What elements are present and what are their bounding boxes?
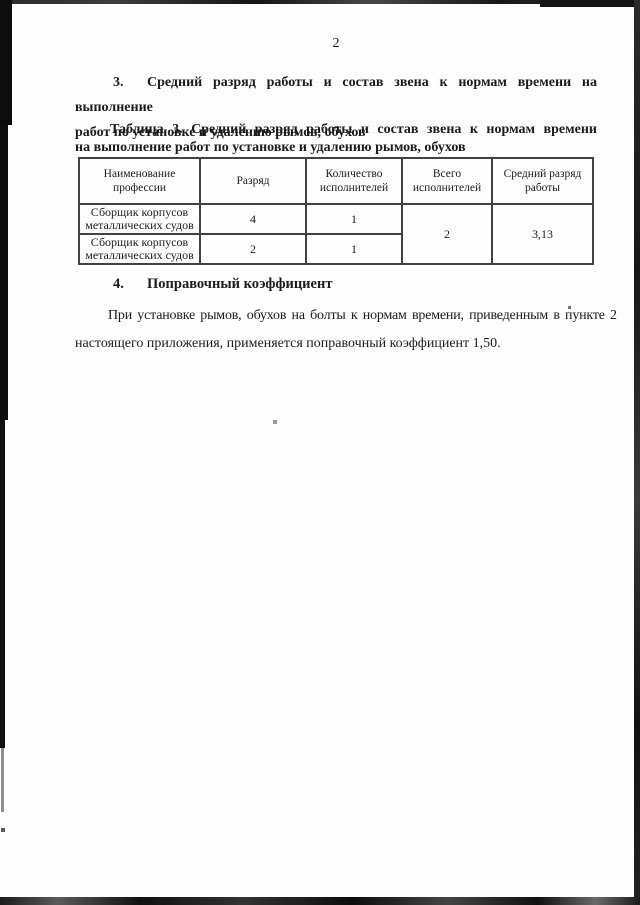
table-3-caption-line1: Таблица 3. Средний разряд работы и соста… — [75, 121, 597, 139]
section-4-body-line1: При установке рымов, обухов на болты к н… — [75, 302, 597, 330]
cell-grade: 2 — [200, 234, 306, 264]
cell-count: 1 — [306, 204, 402, 234]
table-3-caption-line2: на выполнение работ по установке и удале… — [75, 139, 597, 157]
cell-profession: Сборщик корпусов металлических судов — [79, 204, 200, 234]
section-3-heading-line1: 3.Средний разряд работы и состав звена к… — [75, 70, 597, 120]
scan-artifact-left-edge — [0, 420, 5, 748]
cell-count: 1 — [306, 234, 402, 264]
cell-avg-grade: 3,13 — [492, 204, 593, 264]
scan-artifact-top-right-edge — [540, 0, 640, 7]
table-3-caption-text: Таблица 3. Средний разряд работы и соста… — [110, 122, 597, 137]
section-4-number: 4. — [113, 276, 147, 293]
section-4-heading: 4.Поправочный коэффициент — [75, 276, 597, 293]
header-profession: Наименование профессии — [79, 158, 200, 204]
table-3-caption: Таблица 3. Средний разряд работы и соста… — [75, 121, 597, 157]
header-grade: Разряд — [200, 158, 306, 204]
section-3-number: 3. — [113, 70, 147, 95]
cell-performers-total: 2 — [402, 204, 492, 264]
scan-artifact-left-edge — [0, 0, 12, 125]
section-4-body-line2: настоящего приложения, применяется попра… — [75, 330, 597, 358]
table-3: Наименование профессии Разряд Количество… — [78, 157, 594, 265]
scan-artifact-left-edge — [0, 125, 8, 420]
scan-artifact-speck — [273, 420, 277, 424]
scan-artifact-speck — [1, 828, 5, 832]
scan-artifact-left-edge — [1, 748, 4, 812]
table-row: Сборщик корпусов металлических судов 4 1… — [79, 204, 593, 234]
scan-artifact-right-edge — [634, 0, 640, 905]
section-4-body-text1: При установке рымов, обухов на болты к н… — [108, 308, 617, 323]
page-number: 2 — [75, 36, 597, 52]
section-4-title: Поправочный коэффициент — [147, 276, 332, 292]
scan-artifact-bottom-edge — [0, 897, 640, 905]
table-header-row: Наименование профессии Разряд Количество… — [79, 158, 593, 204]
header-performers-total: Всего исполнителей — [402, 158, 492, 204]
header-performers-count: Количество исполнителей — [306, 158, 402, 204]
section-3-title: Средний разряд работы и состав звена к н… — [75, 75, 597, 115]
section-4-paragraph: При установке рымов, обухов на болты к н… — [75, 302, 597, 358]
cell-grade: 4 — [200, 204, 306, 234]
cell-profession: Сборщик корпусов металлических судов — [79, 234, 200, 264]
document-page: 2 3.Средний разряд работы и состав звена… — [0, 0, 640, 905]
header-avg-grade: Средний разряд работы — [492, 158, 593, 204]
